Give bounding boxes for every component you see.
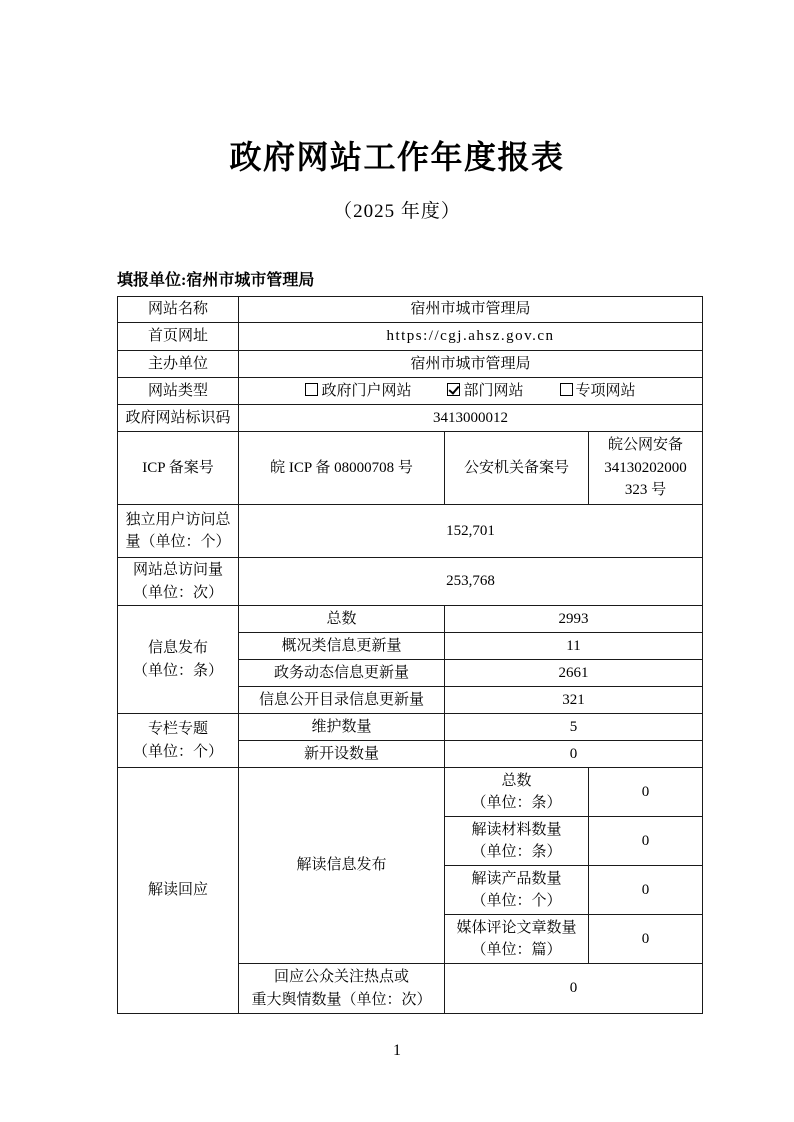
info-publish-item-label: 概况类信息更新量 — [239, 633, 445, 660]
unique-visitors-label: 独立用户访问总 量（单位：个） — [118, 505, 239, 558]
report-page: 政府网站工作年度报表 （2025 年度） 填报单位:宿州市城市管理局 网站名称 … — [0, 0, 794, 1122]
table-row: 网站类型 政府门户网站 部门网站 专项网站 — [118, 378, 703, 405]
document-subtitle: （2025 年度） — [0, 201, 794, 224]
interpretation-item-label: 解读材料数量 （单位：条） — [445, 817, 589, 866]
interpretation-item-value: 0 — [589, 866, 703, 915]
info-publish-item-label: 政务动态信息更新量 — [239, 660, 445, 687]
site-type-option-2: 专项网站 — [560, 380, 636, 403]
table-row: 首页网址 https://cgj.ahsz.gov.cn — [118, 323, 703, 351]
icp-label: ICP 备案号 — [118, 432, 239, 505]
table-row: 独立用户访问总 量（单位：个） 152,701 — [118, 505, 703, 558]
site-type-option-1: 部门网站 — [447, 380, 523, 403]
interpretation-publish-label: 解读信息发布 — [239, 768, 445, 964]
special-columns-label: 专栏专题 （单位：个） — [118, 714, 239, 768]
table-row: 专栏专题 （单位：个） 维护数量 5 — [118, 714, 703, 741]
homepage-label: 首页网址 — [118, 323, 239, 351]
site-id-label: 政府网站标识码 — [118, 405, 239, 432]
site-id-value: 3413000012 — [239, 405, 703, 432]
table-row: 网站名称 宿州市城市管理局 — [118, 297, 703, 323]
security-record-label: 公安机关备案号 — [445, 432, 589, 505]
interpretation-item-label: 媒体评论文章数量 （单位：篇） — [445, 915, 589, 964]
document-title: 政府网站工作年度报表 — [0, 140, 794, 175]
site-type-label: 网站类型 — [118, 378, 239, 405]
homepage-url: https://cgj.ahsz.gov.cn — [239, 323, 703, 351]
site-type-cell: 政府门户网站 部门网站 专项网站 — [239, 378, 703, 405]
info-publish-item-value: 2993 — [445, 606, 703, 633]
site-type-option-label: 政府门户网站 — [321, 383, 411, 399]
site-name-value: 宿州市城市管理局 — [239, 297, 703, 323]
reporting-unit-label: 填报单位:宿州市城市管理局 — [117, 271, 314, 290]
total-visits-label: 网站总访问量 （单位：次） — [118, 558, 239, 606]
interpretation-label: 解读回应 — [118, 768, 239, 1014]
table-row: ICP 备案号 皖 ICP 备 08000708 号 公安机关备案号 皖公网安备… — [118, 432, 703, 505]
info-publish-item-label: 信息公开目录信息更新量 — [239, 687, 445, 714]
info-publish-label: 信息发布 （单位：条） — [118, 606, 239, 714]
icp-value: 皖 ICP 备 08000708 号 — [239, 432, 445, 505]
special-columns-item-value: 0 — [445, 741, 703, 768]
checkbox-checked-icon — [447, 383, 460, 396]
site-type-options: 政府门户网站 部门网站 专项网站 — [241, 380, 700, 403]
organizer-value: 宿州市城市管理局 — [239, 351, 703, 378]
special-columns-item-label: 新开设数量 — [239, 741, 445, 768]
info-publish-item-value: 11 — [445, 633, 703, 660]
info-publish-item-label: 总数 — [239, 606, 445, 633]
table-row: 主办单位 宿州市城市管理局 — [118, 351, 703, 378]
checkbox-unchecked-icon — [305, 383, 318, 396]
site-type-option-0: 政府门户网站 — [305, 380, 411, 403]
public-response-value: 0 — [445, 964, 703, 1014]
organizer-label: 主办单位 — [118, 351, 239, 378]
security-record-value: 皖公网安备 34130202000 323 号 — [589, 432, 703, 505]
checkbox-unchecked-icon — [560, 383, 573, 396]
table-row: 政府网站标识码 3413000012 — [118, 405, 703, 432]
table-row: 信息发布 （单位：条） 总数 2993 — [118, 606, 703, 633]
table-row: 网站总访问量 （单位：次） 253,768 — [118, 558, 703, 606]
unique-visitors-value: 152,701 — [239, 505, 703, 558]
site-type-option-label: 专项网站 — [576, 383, 636, 399]
special-columns-item-value: 5 — [445, 714, 703, 741]
interpretation-item-label: 总数 （单位：条） — [445, 768, 589, 817]
public-response-label: 回应公众关注热点或 重大舆情数量（单位：次） — [239, 964, 445, 1014]
info-publish-item-value: 2661 — [445, 660, 703, 687]
total-visits-value: 253,768 — [239, 558, 703, 606]
site-type-option-label: 部门网站 — [463, 383, 523, 399]
annual-report-table: 网站名称 宿州市城市管理局 首页网址 https://cgj.ahsz.gov.… — [117, 296, 703, 1014]
interpretation-item-value: 0 — [589, 817, 703, 866]
interpretation-item-label: 解读产品数量 （单位：个） — [445, 866, 589, 915]
special-columns-item-label: 维护数量 — [239, 714, 445, 741]
table-row: 解读回应 解读信息发布 总数 （单位：条） 0 — [118, 768, 703, 817]
interpretation-item-value: 0 — [589, 915, 703, 964]
page-number: 1 — [0, 1042, 794, 1060]
site-name-label: 网站名称 — [118, 297, 239, 323]
interpretation-item-value: 0 — [589, 768, 703, 817]
info-publish-item-value: 321 — [445, 687, 703, 714]
